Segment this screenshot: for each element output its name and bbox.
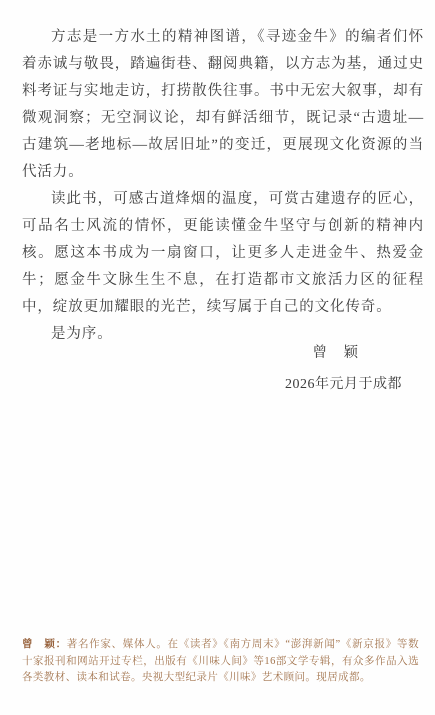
footnote-author-label: 曾 颖： <box>22 639 67 650</box>
preface-page: 方志是一方水土的精神图谱，《寻迹金牛》的编者们怀着赤诚与敬畏，踏遍街巷、翻阅典籍… <box>0 0 435 715</box>
author-footnote: 曾 颖：著名作家、媒体人。在《读者》《南方周末》“澎湃新闻”《新京报》等数十家报… <box>22 637 419 687</box>
signature-block: 曾 颖 2026年元月于成都 <box>0 340 435 398</box>
footnote-bio-text: 著名作家、媒体人。在《读者》《南方周末》“澎湃新闻”《新京报》等数十家报刊和网站… <box>22 639 419 683</box>
signature-dateline: 2026年元月于成都 <box>0 371 402 398</box>
preface-paragraph-1: 方志是一方水土的精神图谱，《寻迹金牛》的编者们怀着赤诚与敬畏，踏遍街巷、翻阅典籍… <box>22 24 424 186</box>
author-name: 曾 颖 <box>0 340 359 367</box>
preface-paragraph-2: 读此书，可感古道烽烟的温度，可赏古建遗存的匠心，可品名士风流的情怀，更能读懂金牛… <box>22 186 424 321</box>
preface-body: 方志是一方水土的精神图谱，《寻迹金牛》的编者们怀着赤诚与敬畏，踏遍街巷、翻阅典籍… <box>22 24 424 348</box>
